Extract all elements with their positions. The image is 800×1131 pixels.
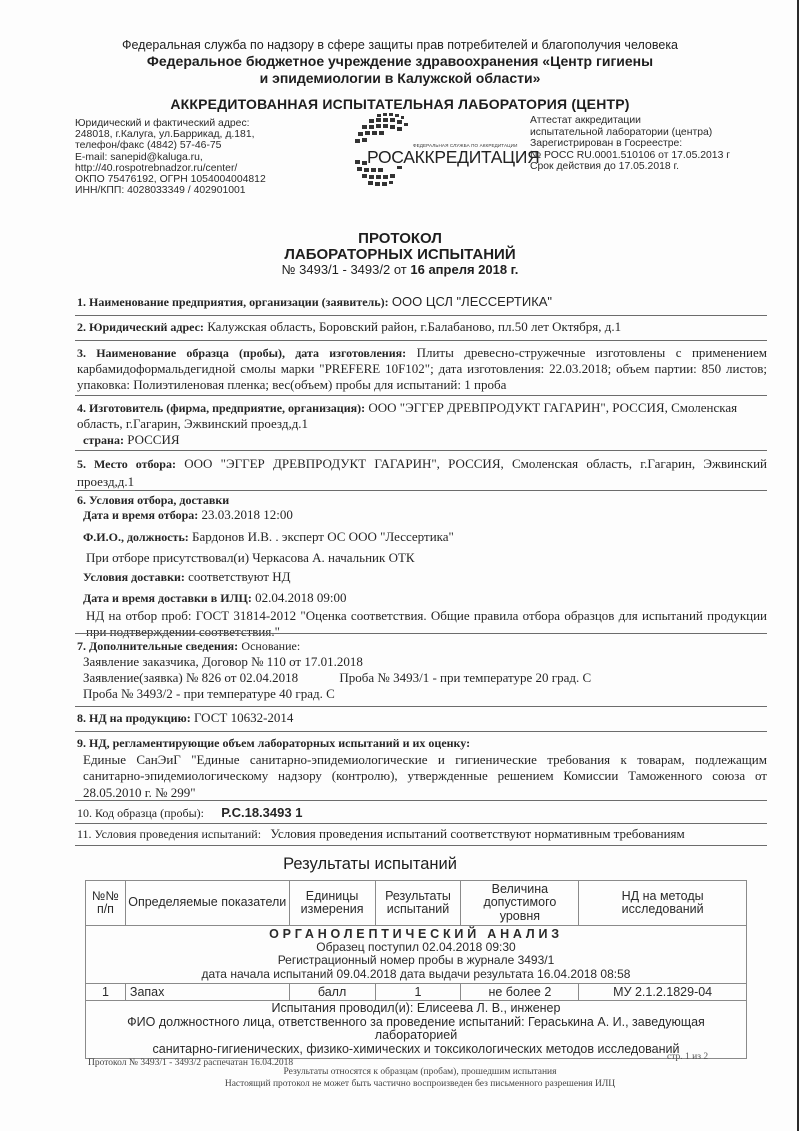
section-legal-address: 2. Юридический адрес: Калужская область,… <box>77 319 767 335</box>
reproduction-disclaimer: Настоящий протокол не может быть частичн… <box>0 1079 800 1089</box>
divider <box>75 731 767 732</box>
sampling-datetime-value: 23.03.2018 12:00 <box>202 507 293 522</box>
accreditation-line: Аттестат аккредитации <box>530 115 730 127</box>
protocol-date-prefix: от <box>394 262 407 277</box>
divider <box>75 823 767 824</box>
accreditation-number: № РОСС RU.0001.510106 от 17.05.2013 г <box>530 150 730 162</box>
application-value: Заявление(заявка) № 826 от 02.04.2018 <box>83 670 298 685</box>
divider <box>75 706 767 707</box>
product-nd-value: ГОСТ 10632-2014 <box>194 710 293 725</box>
website-line: http://40.rospotrebnadzor.ru/center/ <box>75 163 266 174</box>
email-line: E-mail: sanepid@kaluga.ru, <box>75 152 266 163</box>
cell-unit: балл <box>289 984 375 1001</box>
section-label: 3. Наименование образца (пробы), дата из… <box>77 346 406 360</box>
section-label: 5. Место отбора: <box>77 457 176 471</box>
institution-name-line2: и эпидемиологии в Калужской области» <box>0 70 800 86</box>
sampling-place-value: ООО "ЭГГЕР ДРЕВПРОДУКТ ГАГАРИН", РОССИЯ,… <box>77 456 767 489</box>
delivery-datetime-value: 02.04.2018 09:00 <box>255 590 346 605</box>
section-manufacturer: 4. Изготовитель (фирма, предприятие, орг… <box>77 400 767 448</box>
section-label: 10. Код образца (пробы): <box>77 806 204 820</box>
section-label: 9. НД, регламентирующие объем лабораторн… <box>77 735 767 752</box>
basis-label: Основание: <box>241 639 300 653</box>
divider <box>75 340 767 341</box>
section-label: 2. Юридический адрес: <box>77 320 204 334</box>
section-label: 7. Дополнительные сведения: <box>77 639 238 653</box>
section-applicant: 1. Наименование предприятия, организации… <box>77 294 767 310</box>
applicant-value: ООО ЦСЛ "ЛЕССЕРТИКА" <box>392 294 552 309</box>
divider <box>75 800 767 801</box>
responsible-person-line1: ФИО должностного лица, ответственного за… <box>86 1016 746 1043</box>
contract-line: Заявление заказчика, Договор № 110 от 17… <box>77 654 767 670</box>
divider <box>75 395 767 396</box>
divider <box>75 315 767 316</box>
country-label: страна: <box>83 433 124 447</box>
divider <box>75 490 767 491</box>
cell-method: МУ 2.1.2.1829-04 <box>579 984 747 1001</box>
delivery-datetime-label: Дата и время доставки в ИЛЦ: <box>83 591 252 605</box>
scan-edge <box>797 0 799 1131</box>
section-label: 11. Условия проведения испытаний: <box>77 827 261 841</box>
signatures-row: Испытания проводил(и): Елисеева Л. В., и… <box>86 1001 747 1059</box>
column-header-limit: Величина допустимого уровня <box>461 881 579 926</box>
okpo-ogrn-line: ОКПО 75476192, ОГРН 1054004004812 <box>75 174 266 185</box>
results-disclaimer: Результаты относятся к образцам (пробам)… <box>0 1067 800 1077</box>
accreditation-line: испытательной лаборатории (центра) <box>530 127 730 139</box>
institution-name-line1: Федеральное бюджетное учреждение здравоо… <box>0 53 800 69</box>
regulation-nd-value: Единые СанЭиГ "Единые санитарно-эпидемио… <box>77 752 767 802</box>
country-value: РОССИЯ <box>127 432 179 447</box>
protocol-subtitle: ЛАБОРАТОРНЫХ ИСПЫТАНИЙ <box>0 246 800 263</box>
sampling-datetime-label: Дата и время отбора: <box>83 508 198 522</box>
protocol-number: № 3493/1 - 3493/2 <box>282 262 391 277</box>
table-header-row: №№ п/п Определяемые показатели Единицы и… <box>86 881 747 926</box>
address-line: Юридический и фактический адрес: <box>75 118 266 129</box>
divider <box>75 633 767 634</box>
accreditation-line: Зарегистрирован в Госреестре: <box>530 138 730 150</box>
section-sample-code: 10. Код образца (пробы): Р.С.18.3493 1 <box>77 805 767 821</box>
phone-line: телефон/факс (4842) 57-46-75 <box>75 140 266 151</box>
protocol-date: 16 апреля 2018 г. <box>410 262 518 277</box>
cell-result: 1 <box>375 984 461 1001</box>
delivery-conditions-label: Условия доставки: <box>83 570 185 584</box>
person-label: Ф.И.О., должность: <box>83 530 189 544</box>
group-title: ОРГАНОЛЕПТИЧЕСКИЙ АНАЛИЗ <box>86 927 746 941</box>
accreditation-validity: Срок действия до 17.05.2018 г. <box>530 161 730 173</box>
cell-limit: не более 2 <box>461 984 579 1001</box>
sample-1-temperature: Проба № 3493/1 - при температуре 20 град… <box>339 670 591 685</box>
lab-address-block: Юридический и фактический адрес: 248018,… <box>75 118 266 196</box>
column-header-method: НД на методы исследований <box>579 881 747 926</box>
present-label: При отборе присутствовал(и) <box>86 550 249 565</box>
test-dates: дата начала испытаний 09.04.2018 дата вы… <box>86 968 746 981</box>
cell-number: 1 <box>86 984 126 1001</box>
logo-wordmark: РОСАККРЕДИТАЦИЯ <box>367 147 539 168</box>
section-label: 6. Условия отбора, доставки <box>77 494 767 507</box>
inn-kpp-line: ИНН/КПП: 4028033349 / 402901001 <box>75 185 266 196</box>
address-line: 248018, г.Калуга, ул.Баррикад, д.181, <box>75 129 266 140</box>
divider <box>75 845 767 846</box>
section-regulation-nd: 9. НД, регламентирующие объем лабораторн… <box>77 735 767 801</box>
page-number: стр. 1 из 2 <box>667 1052 708 1062</box>
group-header-row: ОРГАНОЛЕПТИЧЕСКИЙ АНАЛИЗ Образец поступи… <box>86 926 747 984</box>
legal-address-value: Калужская область, Боровский район, г.Ба… <box>207 319 621 334</box>
present-value: Черкасова А. начальник ОТК <box>252 550 414 565</box>
section-label: 8. НД на продукцию: <box>77 711 191 725</box>
sample-received: Образец поступил 02.04.2018 09:30 <box>86 941 746 954</box>
section-sampling-conditions: 6. Условия отбора, доставки Дата и время… <box>77 494 767 640</box>
table-row: 1 Запах балл 1 не более 2 МУ 2.1.2.1829-… <box>86 984 747 1001</box>
column-header-result: Результаты испытаний <box>375 881 461 926</box>
section-sample: 3. Наименование образца (пробы), дата из… <box>77 345 767 393</box>
cell-indicator: Запах <box>125 984 289 1001</box>
results-table: №№ п/п Определяемые показатели Единицы и… <box>85 880 747 1059</box>
results-title: Результаты испытаний <box>80 855 660 874</box>
protocol-title: ПРОТОКОЛ <box>0 230 800 247</box>
section-label: 4. Изготовитель (фирма, предприятие, орг… <box>77 401 365 415</box>
section-product-nd: 8. НД на продукцию: ГОСТ 10632-2014 <box>77 710 767 726</box>
section-label: 1. Наименование предприятия, организации… <box>77 295 389 309</box>
responsible-person-line2: санитарно-гигиенических, физико-химическ… <box>86 1043 746 1057</box>
performed-by: Испытания проводил(и): Елисеева Л. В., и… <box>86 1002 746 1016</box>
sample-code-value: Р.С.18.3493 1 <box>221 805 302 820</box>
registration-number: Регистрационный номер пробы в журнале 34… <box>86 954 746 967</box>
person-value: Бардонов И.В. . эксперт ОС ООО "Лессерти… <box>192 529 454 544</box>
column-header-unit: Единицы измерения <box>289 881 375 926</box>
agency-name: Федеральная служба по надзору в сфере за… <box>0 38 800 52</box>
section-sampling-place: 5. Место отбора: ООО "ЭГГЕР ДРЕВПРОДУКТ … <box>77 455 767 490</box>
section-additional-info: 7. Дополнительные сведения: Основание: З… <box>77 638 767 702</box>
protocol-number-line: № 3493/1 - 3493/2 от 16 апреля 2018 г. <box>0 262 800 277</box>
accreditation-block: Аттестат аккредитации испытательной лабо… <box>530 115 730 173</box>
test-conditions-value: Условия проведения испытаний соответству… <box>270 826 684 841</box>
sampling-nd-label: НД на отбор проб: <box>86 608 192 623</box>
divider <box>75 450 767 451</box>
sample-2-temperature: Проба № 3493/2 - при температуре 40 град… <box>77 686 767 702</box>
section-test-conditions: 11. Условия проведения испытаний: Услови… <box>77 826 767 842</box>
column-header-number: №№ п/п <box>86 881 126 926</box>
column-header-indicator: Определяемые показатели <box>125 881 289 926</box>
rosaccreditation-logo: ФЕДЕРАЛЬНАЯ СЛУЖБА ПО АККРЕДИТАЦИИ РОСАК… <box>353 110 523 190</box>
delivery-conditions-value: соответствуют НД <box>188 569 290 584</box>
